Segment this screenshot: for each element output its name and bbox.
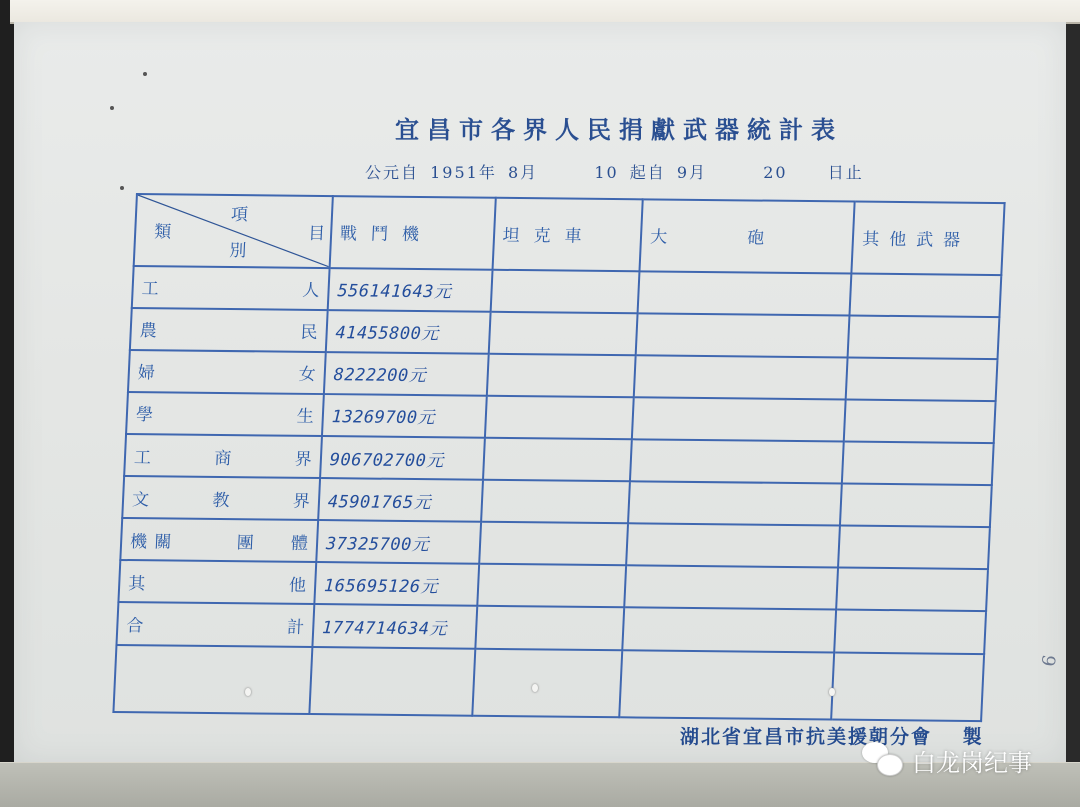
artillery-amount-cell — [632, 397, 846, 441]
other-amount-cell — [846, 357, 998, 401]
other-amount-cell — [834, 610, 986, 654]
artillery-amount-cell — [636, 313, 850, 357]
other-amount-cell — [842, 442, 994, 486]
artillery-amount-cell — [626, 524, 840, 568]
column-header-tank: 坦克車 — [492, 198, 643, 271]
other-amount-cell — [844, 399, 996, 443]
corner-header-cell: 項 目 類 別 — [134, 194, 333, 268]
corner-label-right: 目 — [308, 219, 326, 244]
category-cell: 機關 團體 — [120, 518, 318, 562]
category-cell: 工人 — [132, 266, 330, 310]
blank-cell — [113, 645, 312, 714]
fighter-amount-cell: 8222200元 — [324, 352, 489, 396]
fighter-amount-cell: 41455800元 — [326, 310, 491, 354]
column-header-fighter: 戰鬥機 — [329, 196, 495, 269]
other-amount-cell — [836, 568, 988, 612]
category-cell: 婦女 — [128, 350, 326, 394]
date-mid: 起自 — [630, 163, 666, 182]
artillery-amount-cell — [628, 481, 842, 525]
corner-label-left: 類 — [154, 217, 172, 242]
date-suffix: 日止 — [828, 163, 864, 182]
date-end-month: 9月 — [677, 163, 707, 182]
fighter-amount-cell: 37325700元 — [316, 520, 481, 564]
tank-amount-cell — [484, 396, 634, 440]
column-header-artillery: 大砲 — [640, 199, 855, 273]
punch-hole — [245, 688, 251, 696]
punch-hole — [532, 684, 538, 692]
top-sheet-edge — [10, 0, 1080, 24]
faded-marks — [60, 40, 120, 150]
artillery-amount-cell — [638, 271, 852, 315]
blank-cell — [472, 648, 623, 717]
blank-cell — [309, 647, 475, 716]
tank-amount-cell — [488, 311, 638, 355]
donation-statistics-table: 項 目 類 別 戰鬥機 坦克車 大砲 其他武器 工人 556141643元 農民… — [112, 193, 1005, 722]
table-header-row: 項 目 類 別 戰鬥機 坦克車 大砲 其他武器 — [134, 194, 1005, 275]
watermark-text: 白龙岗纪事 — [912, 743, 1032, 778]
statistics-table-wrapper: 項 目 類 別 戰鬥機 坦克車 大砲 其他武器 工人 556141643元 農民… — [112, 193, 1005, 722]
artillery-amount-cell — [624, 566, 838, 610]
other-amount-cell — [838, 526, 990, 570]
corner-label-top: 項 — [231, 200, 249, 225]
fighter-amount-cell: 45901765元 — [318, 478, 483, 522]
tank-amount-cell — [490, 269, 640, 313]
category-cell: 學生 — [126, 392, 324, 436]
artillery-amount-cell — [623, 608, 837, 652]
tank-amount-cell — [481, 480, 631, 524]
other-amount-cell — [848, 315, 1000, 359]
paper-speck — [143, 72, 147, 76]
date-year: 1951年 — [430, 163, 497, 182]
blank-cell — [619, 650, 834, 720]
tank-amount-cell — [475, 606, 625, 650]
watermark: 白龙岗纪事 — [862, 742, 1032, 778]
wechat-icon — [862, 742, 904, 778]
punch-hole — [829, 688, 835, 696]
category-cell: 工商界 — [124, 434, 322, 478]
tank-amount-cell — [483, 438, 633, 482]
date-end-day: 20 — [763, 163, 787, 182]
fighter-total-cell: 1774714634元 — [312, 604, 477, 648]
other-amount-cell — [850, 273, 1002, 317]
fighter-amount-cell: 165695126元 — [314, 562, 479, 606]
document-title: 宜昌市各界人民捐獻武器統計表 — [395, 110, 843, 145]
date-start-month: 8月 — [508, 163, 538, 182]
category-cell: 農民 — [130, 308, 328, 352]
category-cell: 合計 — [117, 602, 315, 646]
fighter-amount-cell: 906702700元 — [320, 436, 485, 480]
date-start-day: 10 — [594, 163, 618, 182]
category-cell: 其他 — [118, 560, 316, 604]
tank-amount-cell — [479, 522, 629, 566]
blank-cell — [831, 652, 984, 721]
table-row-blank — [113, 645, 984, 722]
tank-amount-cell — [477, 564, 627, 608]
other-amount-cell — [840, 484, 992, 528]
date-range-line: 公元自 1951年 8月 10 起自 9月 20 日止 — [365, 160, 868, 183]
paper-speck — [120, 186, 124, 190]
column-header-other-weapons: 其他武器 — [852, 202, 1005, 275]
category-cell: 文教界 — [122, 476, 320, 520]
corner-label-bottom: 別 — [229, 236, 247, 261]
artillery-amount-cell — [630, 439, 844, 483]
paper-speck — [110, 106, 114, 110]
artillery-amount-cell — [634, 355, 848, 399]
fighter-amount-cell: 13269700元 — [322, 394, 487, 438]
fighter-amount-cell: 556141643元 — [328, 268, 493, 312]
tank-amount-cell — [486, 354, 636, 398]
date-prefix: 公元自 — [365, 163, 419, 182]
